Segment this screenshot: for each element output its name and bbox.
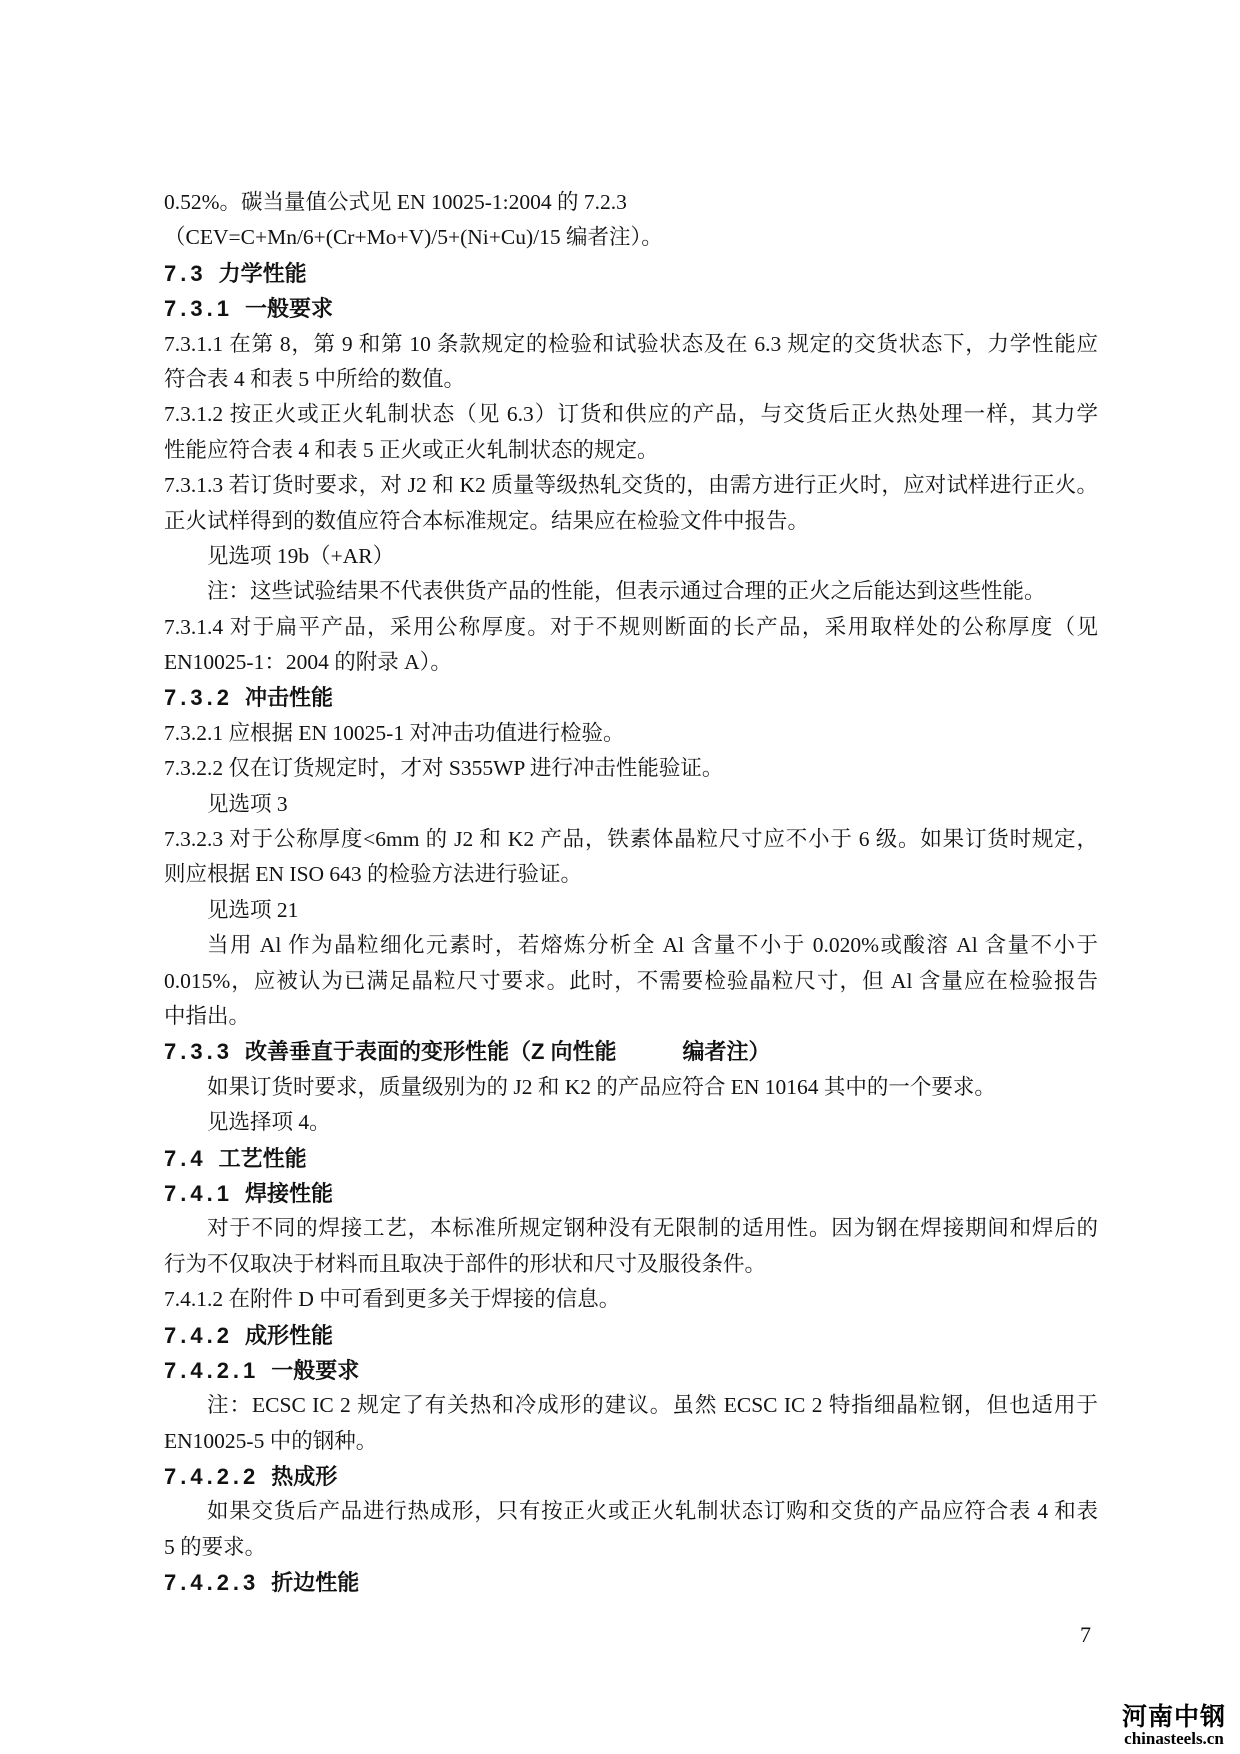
text-line: 性能应符合表 4 和表 5 正火或正火轧制状态的规定。 (164, 433, 1098, 468)
heading-line: 7.3.3改善垂直于表面的变形性能（Z 向性能 编者注） (164, 1034, 1098, 1069)
text-line: 对于不同的焊接工艺，本标准所规定钢种没有无限制的适用性。因为钢在焊接期间和焊后的 (164, 1211, 1098, 1246)
heading-line: 7.4.2成形性能 (164, 1318, 1098, 1353)
page-number: 7 (1080, 1622, 1091, 1648)
text-line: 如果交货后产品进行热成形，只有按正火或正火轧制状态订购和交货的产品应符合表 4 … (164, 1494, 1098, 1529)
heading-line: 7.4工艺性能 (164, 1141, 1098, 1176)
heading-label: 折边性能 (271, 1570, 359, 1595)
text-line: 7.3.2.1 应根据 EN 10025-1 对冲击功值进行检验。 (164, 716, 1098, 751)
text-line: 见选择项 4。 (164, 1105, 1098, 1140)
heading-line: 7.4.2.2热成形 (164, 1459, 1098, 1494)
text-line: 正火试样得到的数值应符合本标准规定。结果应在检验文件中报告。 (164, 504, 1098, 539)
heading-label: 一般要求 (271, 1358, 359, 1383)
text-line: 当用 Al 作为晶粒细化元素时，若熔炼分析全 Al 含量不小于 0.020%或酸… (164, 928, 1098, 963)
text-line: 7.3.1.3 若订货时要求，对 J2 和 K2 质量等级热轧交货的，由需方进行… (164, 468, 1098, 503)
document-body: 0.52%。碳当量值公式见 EN 10025-1:2004 的 7.2.3（CE… (164, 185, 1098, 1601)
heading-line: 7.3力学性能 (164, 256, 1098, 291)
text-line: 注：ECSC IC 2 规定了有关热和冷成形的建议。虽然 ECSC IC 2 特… (164, 1388, 1098, 1423)
heading-number: 7.4.2.3 (164, 1570, 259, 1595)
watermark: 河南中钢 chinasteels.cn (1112, 1704, 1236, 1746)
text-line: 行为不仅取决于材料而且取决于部件的形状和尺寸及服役条件。 (164, 1247, 1098, 1282)
text-line: 如果订货时要求，质量级别为的 J2 和 K2 的产品应符合 EN 10164 其… (164, 1070, 1098, 1105)
text-line: 0.015%，应被认为已满足晶粒尺寸要求。此时，不需要检验晶粒尺寸，但 Al 含… (164, 964, 1098, 999)
heading-label: 力学性能 (219, 261, 307, 286)
heading-label: 热成形 (271, 1464, 337, 1489)
heading-line: 7.3.1一般要求 (164, 291, 1098, 326)
heading-label: 工艺性能 (219, 1146, 307, 1171)
text-line: 见选项 21 (164, 893, 1098, 928)
text-line: 见选项 19b（+AR） (164, 539, 1098, 574)
text-line: 7.3.1.4 对于扁平产品，采用公称厚度。对于不规则断面的长产品，采用取样处的… (164, 610, 1098, 645)
heading-number: 7.4.1 (164, 1181, 233, 1206)
text-line: 5 的要求。 (164, 1530, 1098, 1565)
text-line: 7.3.1.2 按正火或正火轧制状态（见 6.3）订货和供应的产品，与交货后正火… (164, 397, 1098, 432)
text-line: 中指出。 (164, 999, 1098, 1034)
heading-line: 7.4.2.1一般要求 (164, 1353, 1098, 1388)
text-line: 7.3.2.2 仅在订货规定时，才对 S355WP 进行冲击性能验证。 (164, 751, 1098, 786)
text-line: 符合表 4 和表 5 中所给的数值。 (164, 362, 1098, 397)
document-page: 0.52%。碳当量值公式见 EN 10025-1:2004 的 7.2.3（CE… (0, 0, 1240, 1754)
heading-line: 7.4.1焊接性能 (164, 1176, 1098, 1211)
text-line: 7.3.1.1 在第 8，第 9 和第 10 条款规定的检验和试验状态及在 6.… (164, 327, 1098, 362)
heading-number: 7.3.3 (164, 1039, 233, 1064)
heading-line: 7.3.2冲击性能 (164, 680, 1098, 715)
text-line: 则应根据 EN ISO 643 的检验方法进行验证。 (164, 857, 1098, 892)
heading-number: 7.4 (164, 1146, 207, 1171)
heading-label: 改善垂直于表面的变形性能（Z 向性能 编者注） (245, 1039, 771, 1064)
watermark-logo-text: 河南中钢 (1112, 1704, 1236, 1731)
heading-number: 7.3.2 (164, 685, 233, 710)
heading-label: 成形性能 (245, 1323, 333, 1348)
heading-line: 7.4.2.3折边性能 (164, 1565, 1098, 1600)
text-line: 7.4.1.2 在附件 D 中可看到更多关于焊接的信息。 (164, 1282, 1098, 1317)
text-line: 注：这些试验结果不代表供货产品的性能，但表示通过合理的正火之后能达到这些性能。 (164, 574, 1098, 609)
heading-number: 7.4.2 (164, 1323, 233, 1348)
heading-label: 焊接性能 (245, 1181, 333, 1206)
text-line: 7.3.2.3 对于公称厚度<6mm 的 J2 和 K2 产品，铁素体晶粒尺寸应… (164, 822, 1098, 857)
heading-number: 7.4.2.2 (164, 1464, 259, 1489)
watermark-url-text: chinasteels.cn (1112, 1731, 1236, 1746)
text-line: EN10025-5 中的钢种。 (164, 1424, 1098, 1459)
text-line: （CEV=C+Mn/6+(Cr+Mo+V)/5+(Ni+Cu)/15 编者注）。 (164, 220, 1098, 255)
heading-number: 7.3 (164, 261, 207, 286)
heading-number: 7.3.1 (164, 296, 233, 321)
text-line: 0.52%。碳当量值公式见 EN 10025-1:2004 的 7.2.3 (164, 185, 1098, 220)
heading-label: 一般要求 (245, 296, 333, 321)
text-line: 见选项 3 (164, 787, 1098, 822)
heading-number: 7.4.2.1 (164, 1358, 259, 1383)
heading-label: 冲击性能 (245, 685, 333, 710)
text-line: EN10025-1：2004 的附录 A）。 (164, 645, 1098, 680)
